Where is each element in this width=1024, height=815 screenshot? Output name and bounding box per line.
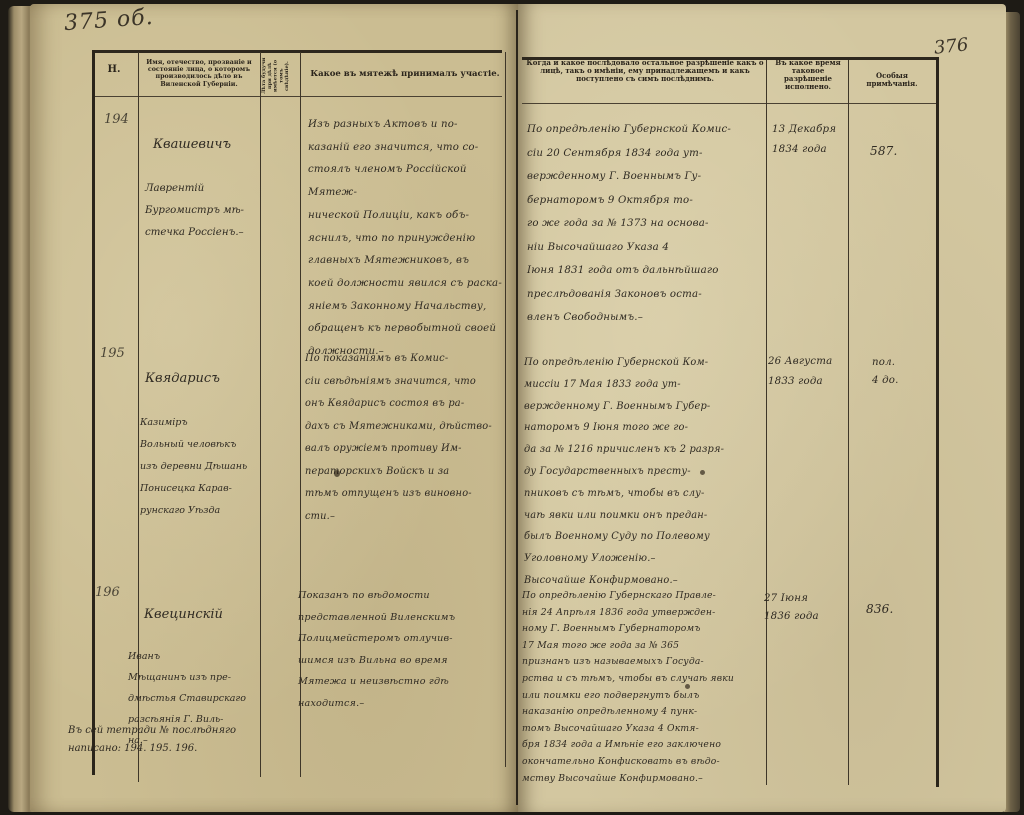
- header-years: Лѣта будучи при дѣлѣ имѣется (о томъ свѣ…: [262, 56, 298, 96]
- row-number: 195: [100, 346, 125, 361]
- table-left-border: [92, 50, 95, 775]
- participation-text: Показанъ по вѣдомости представленной Вил…: [298, 585, 506, 714]
- notes-text: 836.: [866, 598, 926, 621]
- execution-date: 26 Августа 1833 года: [768, 352, 848, 392]
- ink-stain: [334, 470, 340, 477]
- table-top-rule-left: [94, 50, 502, 53]
- execution-date: 27 Іюня 1836 года: [764, 590, 848, 626]
- person-surname: Квецинскій: [128, 604, 260, 625]
- header-execution-time: Въ какое время таковое разрѣшеніе исполн…: [768, 59, 848, 91]
- resolution-text: По опредѣленію Губернской Ком- миссіи 17…: [524, 352, 766, 592]
- header-bottom-rule-left: [94, 96, 502, 97]
- ink-stain: [700, 470, 705, 475]
- folio-number-right: 376: [933, 34, 969, 58]
- person-name: Квашевичъ Лаврентій Бургомистръ мѣ- стеч…: [145, 112, 260, 244]
- person-surname: Квашевичъ: [145, 134, 260, 156]
- notes-text: 587.: [870, 140, 930, 163]
- person-details: Лаврентій Бургомистръ мѣ- стечка Россіен…: [145, 183, 244, 238]
- header-resolution: Когда и какое послѣдовало остальное разр…: [524, 59, 766, 83]
- footer-annotation: Въ сей тетради № послѣдняго написано: 19…: [68, 722, 308, 758]
- person-surname: Квядарисъ: [140, 368, 260, 390]
- header-number: Н.: [96, 64, 132, 76]
- row-number: 196: [95, 585, 120, 600]
- header-bottom-rule-right: [522, 103, 936, 104]
- book-scan: 375 об. 376 Н. Имя, отечество, прозваніе…: [0, 0, 1024, 815]
- col-divider-name: [260, 52, 261, 777]
- header-participation: Какое въ мятежѣ принималъ участіе.: [305, 70, 505, 80]
- execution-date: 13 Декабря 1834 года: [772, 120, 848, 160]
- participation-text: По показаніямъ въ Комис- сіи свѣдѣніямъ …: [305, 348, 505, 528]
- resolution-text: По опредѣленію Губернскаго Правле- нія 2…: [522, 588, 766, 787]
- right-page-edges: [1004, 12, 1020, 812]
- table-right-border: [936, 57, 939, 787]
- col-divider-time: [848, 60, 849, 785]
- header-notes: Особыя примѣчанія.: [850, 72, 934, 88]
- header-name: Имя, отечество, прозваніе и состояніе ли…: [138, 59, 260, 88]
- notes-text: пол. 4 до.: [872, 354, 932, 390]
- participation-text: Изъ разныхъ Актовъ и по- казаній его зна…: [308, 114, 504, 364]
- person-name: Квядарисъ Казиміръ Вольный человѣкъ изъ …: [140, 346, 260, 522]
- resolution-text: По опредѣленію Губернской Комис- сіи 20 …: [527, 118, 767, 330]
- row-number: 194: [104, 112, 129, 127]
- ink-stain: [685, 684, 690, 689]
- person-details: Казиміръ Вольный человѣкъ изъ деревни Дѣ…: [140, 417, 247, 516]
- gutter-line: [516, 10, 518, 805]
